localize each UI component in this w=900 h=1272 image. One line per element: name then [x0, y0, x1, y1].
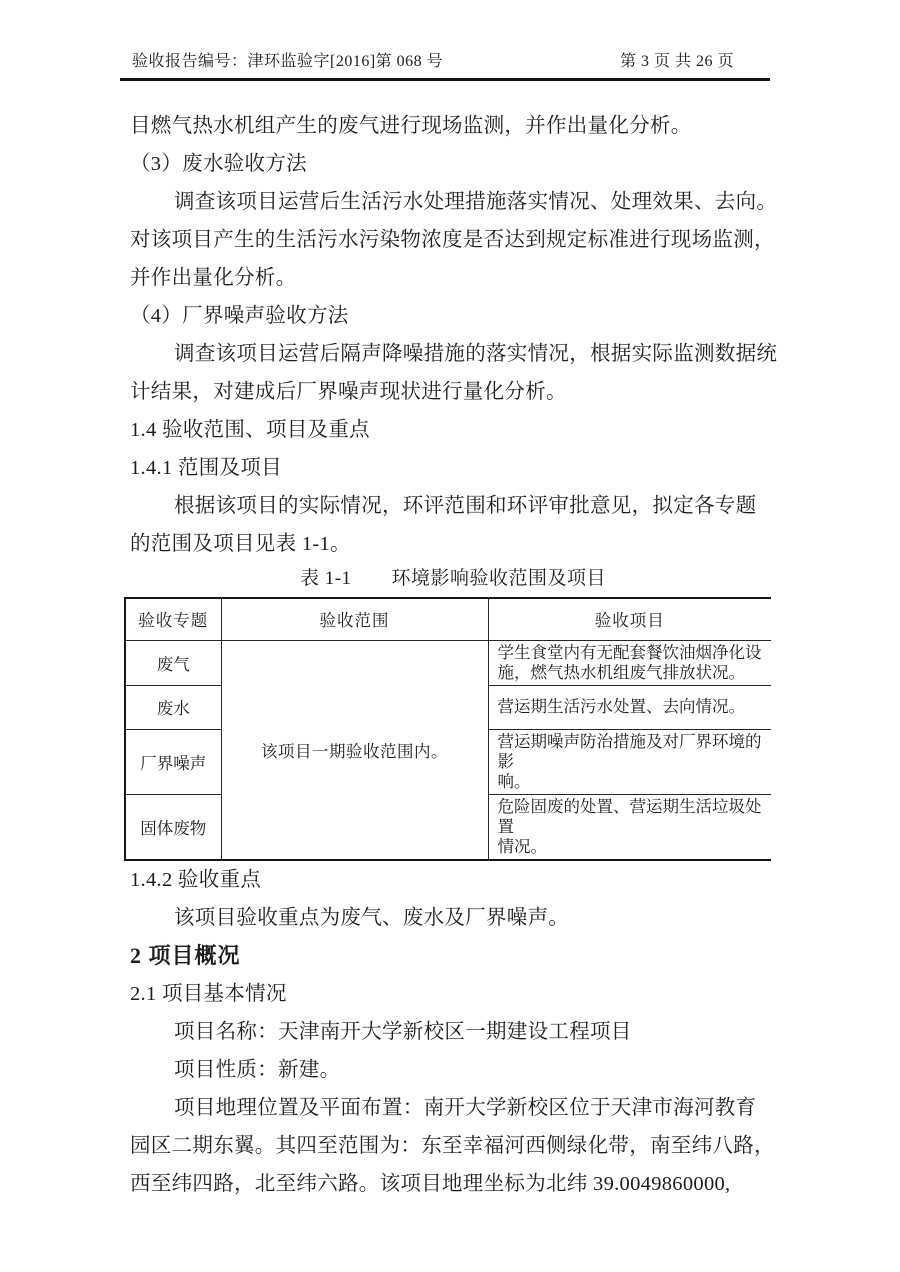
text-line: 计结果，对建成后厂界噪声现状进行量化分析。: [130, 373, 776, 411]
scope-cell: 该项目一期验收范围内。: [221, 640, 488, 860]
table-header-topic: 验收专题: [125, 598, 221, 640]
text-line: 园区二期东翼。其四至范围为：东至幸福河西侧绿化带，南至纬八路，: [130, 1127, 776, 1165]
page-number: 第 3 页 共 26 页: [620, 52, 734, 71]
item-cell: 营运期噪声防治措施及对厂界环境的影 响。: [488, 729, 771, 794]
text-line: 调查该项目运营后生活污水处理措施落实情况、处理效果、去向。: [130, 183, 776, 221]
document-body: 目燃气热水机组产生的废气进行现场监测，并作出量化分析。 （3）废水验收方法 调查…: [130, 107, 776, 1203]
text-line: 项目地理位置及平面布置：南开大学新校区位于天津市海河教育: [130, 1089, 776, 1127]
table-header-scope: 验收范围: [221, 598, 488, 640]
report-number: 验收报告编号：津环监验字[2016]第 068 号: [132, 52, 443, 71]
text-line: 该项目验收重点为废气、废水及厂界噪声。: [130, 899, 776, 937]
topic-cell: 废气: [125, 640, 221, 685]
text-line: 西至纬四路，北至纬六路。该项目地理坐标为北纬 39.0049860000,: [130, 1165, 776, 1203]
text-line: 目燃气热水机组产生的废气进行现场监测，并作出量化分析。: [130, 107, 776, 145]
section-heading-1-4: 1.4 验收范围、项目及重点: [130, 411, 776, 449]
item-cell: 危险固废的处置、营运期生活垃圾处置 情况。: [488, 794, 771, 860]
list-heading-4: （4）厂界噪声验收方法: [130, 297, 776, 335]
text-line: 项目性质：新建。: [130, 1051, 776, 1089]
item-cell: 营运期生活污水处置、去向情况。: [488, 685, 771, 729]
table-caption-title: 环境影响验收范围及项目: [392, 568, 607, 589]
list-heading-3: （3）废水验收方法: [130, 145, 776, 183]
acceptance-scope-table: 验收专题 验收范围 验收项目 废气 该项目一期验收范围内。 学生食堂内有无配套餐…: [124, 597, 771, 861]
text-line: 根据该项目的实际情况，环评范围和环评审批意见，拟定各专题: [130, 487, 776, 525]
table-header-item: 验收项目: [488, 598, 771, 640]
section-heading-1-4-1: 1.4.1 范围及项目: [130, 449, 776, 487]
topic-cell: 废水: [125, 685, 221, 729]
topic-cell: 厂界噪声: [125, 729, 221, 794]
section-heading-1-4-2: 1.4.2 验收重点: [130, 861, 776, 899]
table-caption-number: 表 1-1: [300, 568, 352, 589]
item-cell: 学生食堂内有无配套餐饮油烟净化设 施，燃气热水机组废气排放状况。: [488, 640, 771, 685]
text-line: 对该项目产生的生活污水污染物浓度是否达到规定标准进行现场监测，: [130, 221, 776, 259]
text-line: 并作出量化分析。: [130, 259, 776, 297]
table-caption: 表 1-1环境影响验收范围及项目: [130, 563, 776, 595]
section-heading-2-1: 2.1 项目基本情况: [130, 975, 776, 1013]
text-line: 的范围及项目见表 1-1。: [130, 525, 776, 563]
table-row: 废气 该项目一期验收范围内。 学生食堂内有无配套餐饮油烟净化设 施，燃气热水机组…: [125, 640, 771, 685]
text-line: 调查该项目运营后隔声降噪措施的落实情况，根据实际监测数据统: [130, 335, 776, 373]
topic-cell: 固体废物: [125, 794, 221, 860]
text-line: 项目名称：天津南开大学新校区一期建设工程项目: [130, 1013, 776, 1051]
document-page: 验收报告编号：津环监验字[2016]第 068 号 第 3 页 共 26 页 目…: [0, 0, 900, 1272]
page-header: 验收报告编号：津环监验字[2016]第 068 号 第 3 页 共 26 页: [120, 52, 770, 81]
chapter-heading-2: 2 项目概况: [130, 937, 776, 975]
